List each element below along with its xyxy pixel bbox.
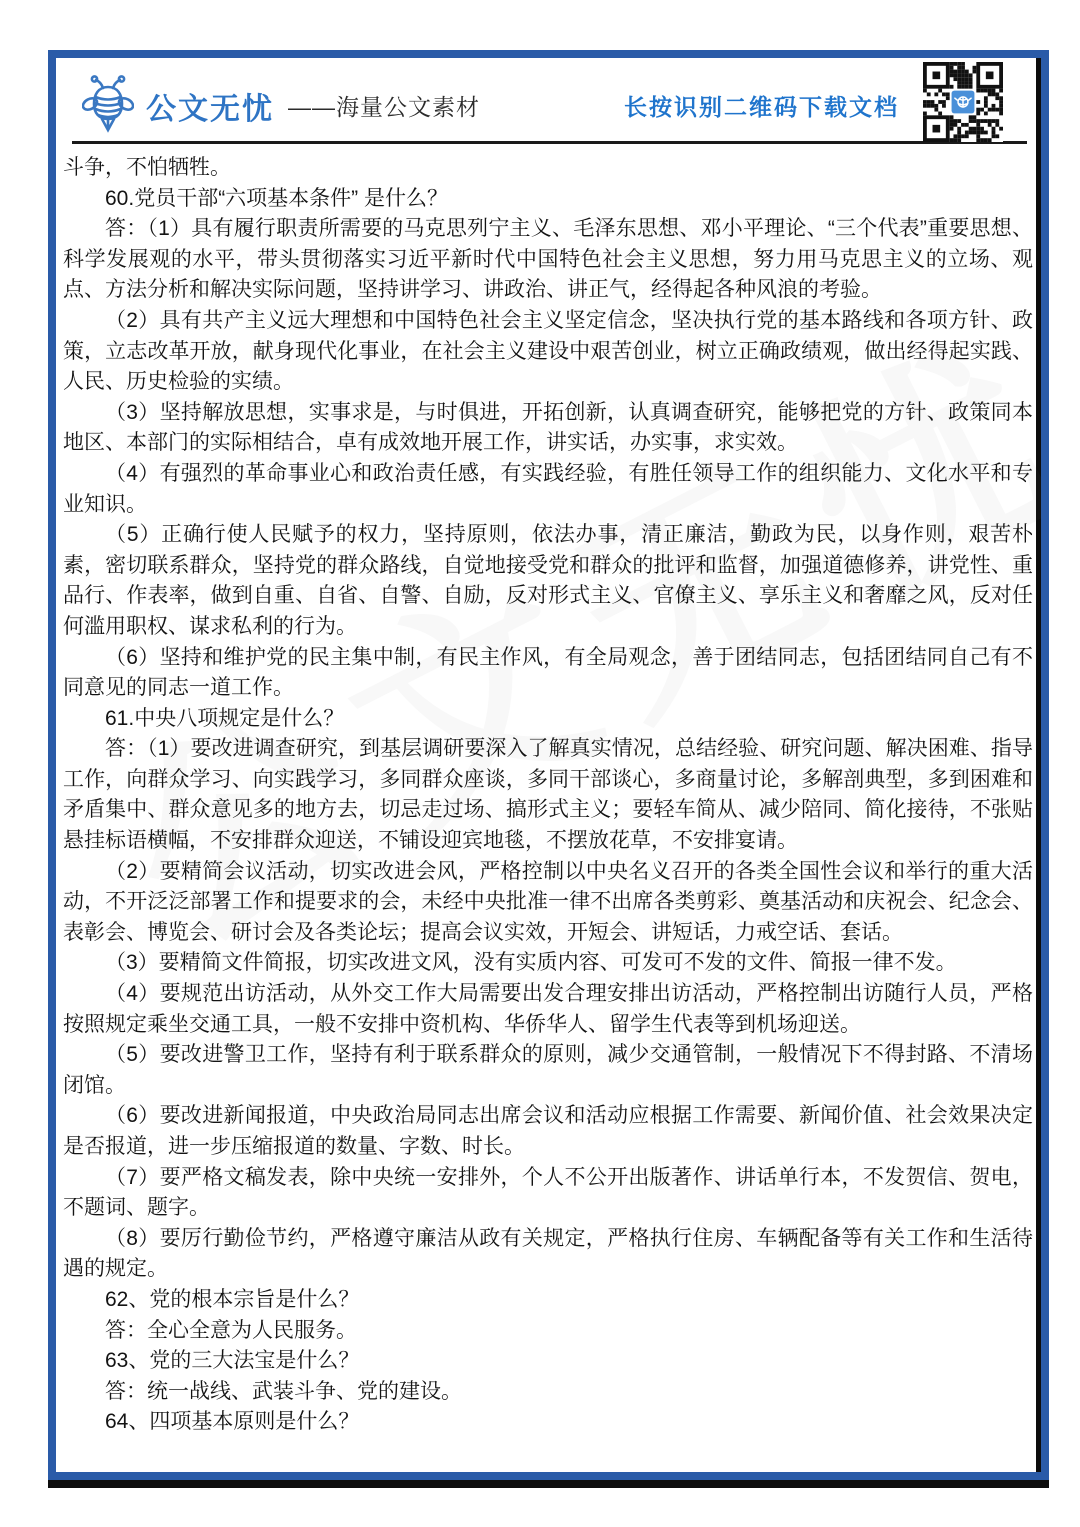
qr-download-hint: 长按识别二维码下载文档 (624, 89, 899, 122)
paragraph: （8）要厉行勤俭节约，严格遵守廉洁从政有关规定，严格执行住房、车辆配备等有关工作… (63, 1224, 1033, 1285)
paragraph: 斗争，不怕牺牲。 (63, 153, 1033, 184)
paragraph: 62、党的根本宗旨是什么？ (63, 1285, 1033, 1316)
paragraph: （3）要精简文件简报，切实改进文风，没有实质内容、可发可不发的文件、简报一律不发… (63, 948, 1033, 979)
paragraph: 答：统一战线、武装斗争、党的建设。 (63, 1377, 1033, 1408)
document-page: 公文无忧 公文无忧 ——海量公文素材 长按识别二维码下载文档 (48, 50, 1049, 1480)
bee-icon (82, 75, 134, 133)
document-body: 斗争，不怕牺牲。60.党员干部“六项基本条件” 是什么？答：（1）具有履行职责所… (56, 144, 1041, 1438)
paragraph: （6）坚持和维护党的民主集中制，有民主作风，有全局观念，善于团结同志，包括团结同… (63, 643, 1033, 704)
paragraph: （7）要严格文稿发表，除中央统一安排外，个人不公开出版著作、讲话单行本，不发贺信… (63, 1163, 1033, 1224)
paragraph: （3）坚持解放思想，实事求是，与时俱进，开拓创新，认真调查研究，能够把党的方针、… (63, 398, 1033, 459)
qr-center-logo (952, 91, 975, 114)
brand-tagline: ——海量公文素材 (288, 89, 480, 122)
paragraph: 64、四项基本原则是什么？ (63, 1407, 1033, 1438)
document-header: 公文无忧 ——海量公文素材 长按识别二维码下载文档 (56, 58, 1041, 139)
paragraph: 答：（1）具有履行职责所需要的马克思列宁主义、毛泽东思想、邓小平理论、“三个代表… (63, 214, 1033, 306)
paragraph: （4）要规范出访活动，从外交工作大局需要出发合理安排出访活动，严格控制出访随行人… (63, 979, 1033, 1040)
paragraph: （4）有强烈的革命事业心和政治责任感，有实践经验，有胜任领导工作的组织能力、文化… (63, 459, 1033, 520)
paragraph: （2）具有共产主义远大理想和中国特色社会主义坚定信念，坚决执行党的基本路线和各项… (63, 306, 1033, 398)
paragraph: 61.中央八项规定是什么？ (63, 704, 1033, 735)
screenshot-root: { "page": { "background": "#ffffff", "fr… (0, 0, 1080, 1527)
paragraph: 63、党的三大法宝是什么？ (63, 1346, 1033, 1377)
brand: 公文无忧 ——海量公文素材 (82, 79, 480, 133)
paragraph: （5）要改进警卫工作，坚持有利于联系群众的原则，减少交通管制，一般情况下不得封路… (63, 1040, 1033, 1101)
brand-name: 公文无忧 (146, 84, 274, 128)
paragraph: 60.党员干部“六项基本条件” 是什么？ (63, 184, 1033, 215)
paragraph: （5）正确行使人民赋予的权力，坚持原则，依法办事，清正廉洁，勤政为民，以身作则，… (63, 520, 1033, 642)
paragraph: （6）要改进新闻报道，中央政治局同志出席会议和活动应根据工作需要、新闻价值、社会… (63, 1101, 1033, 1162)
paragraph: （2）要精简会议活动，切实改进会风，严格控制以中央名义召开的各类全国性会议和举行… (63, 857, 1033, 949)
paragraph: 答：（1）要改进调查研究，到基层调研要深入了解真实情况，总结经验、研究问题、解决… (63, 734, 1033, 856)
qr-code (923, 62, 1003, 142)
paragraph: 答：全心全意为人民服务。 (63, 1316, 1033, 1347)
